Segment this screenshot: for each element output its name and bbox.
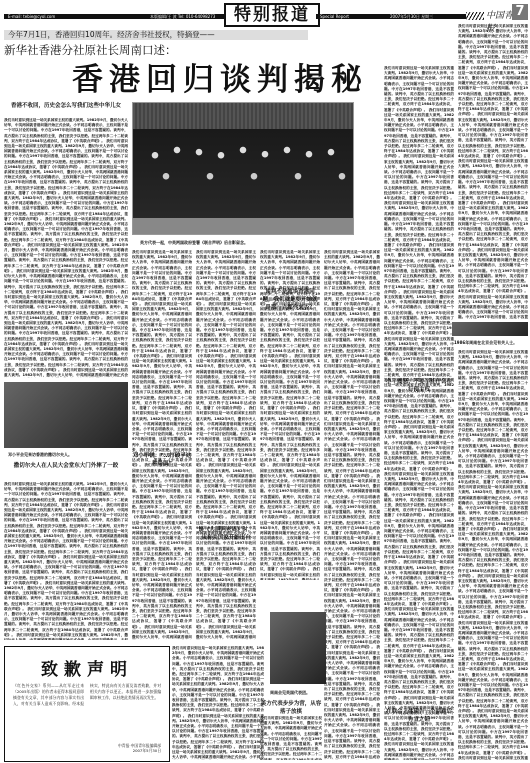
notice-body: 《红色外交家》系列——从红军走过来（2005年出版）的作者未征得本报同意即摘登有… (13, 683, 161, 707)
issue-date: 2007年5月30日 星期三 (390, 14, 433, 19)
notice-date: 2007年5月30日 (118, 748, 161, 753)
body-column: 我们当时意识到这是一场关系国家主权的重大谈判。1982年9月，撒切尔夫人访华，中… (458, 350, 528, 760)
photo-desk (133, 218, 353, 234)
masthead-email: E-mail: tebie@cyol.com (8, 14, 55, 19)
photo-deng-thatcher (4, 382, 128, 448)
body-column: 我们当时意识到这是一场关系国家主权的重大谈判。1982年9月，撒切尔夫人访华，中… (324, 250, 380, 760)
notice-title: 致歉声明 (5, 655, 169, 680)
body-column: 我们当时意识到这是一场关系国家主权的重大谈判。1982年9月，撒切尔夫人访华，中… (132, 250, 192, 640)
section-head: 香港不收回，历史会怎么写我们这些中华儿女 (4, 102, 128, 110)
body-column: 我们当时意识到这是一场关系国家主权的重大谈判。1982年9月，撒切尔夫人访华，中… (260, 250, 320, 580)
photo-joint-declaration-signing (132, 102, 354, 235)
body-column: 我们当时意识到这是一场关系国家主权的重大谈判。1982年9月，撒切尔夫人访华，中… (260, 716, 322, 760)
article-headline: 香港回归谈判揭秘 (60, 62, 380, 98)
hatch-decoration-icon (466, 12, 484, 20)
photo-caption: 英方代表一起，中英两国政府签署《联合声明》后合影留念。 (140, 240, 248, 246)
article-subhead: 新华社香港分社原社长周南口述： (4, 42, 177, 58)
page-number: 7 (512, 4, 528, 20)
photo-right (452, 322, 528, 336)
section-head: 小平震怒：不要军驻什么在行使主权 (384, 378, 454, 394)
section-head: 英方代表步步为营，从容落子放棋 (260, 700, 322, 716)
section-head: 撒切尔夫人在人民大会堂东大门外摔了一跤 (4, 462, 128, 470)
article-kicker: 今年7月1日，香港回归10周年。经济舍书社授权，特摘登—— (4, 30, 308, 40)
photo-caption: 1986年周南在北京会见有关人士。 (454, 340, 517, 346)
section-head: 邓小平说：“…打破了这种局面” (132, 452, 192, 468)
apology-notice: 致歉声明 《红色外交家》系列——从红军走过来（2005年出版）的作者未征得本报同… (4, 646, 170, 762)
section-head: 在联合上体现告一个回到后方宣之话 (384, 708, 454, 724)
body-column: 我们当时意识到这是一场关系国家主权的重大谈判。1982年9月，撒切尔夫人访华，中… (458, 24, 528, 320)
body-column: 我们当时意识到这是一场关系国家主权的重大谈判。1982年9月，撒切尔夫人访华，中… (196, 250, 256, 640)
body-column: 我们当时意识到这是一场关系国家主权的重大谈判。1982年9月，撒切尔夫人访华，中… (384, 66, 454, 760)
photo-caption: 周南会见英国代表团。 (270, 690, 310, 696)
section-en: Special Report (320, 14, 349, 19)
photo-caption: 邓小平会见来访香港的撒切尔夫人。 (8, 452, 72, 458)
body-column: 我们当时意识到这是一场关系国家主权的重大谈判。1982年9月，撒切尔夫人访华，中… (4, 118, 128, 378)
section-head: 谈《大胆问老周》时，从有关国家开始出台 (196, 526, 256, 542)
masthead: E-mail: tebie@cyol.com 本版编辑/王 波 Tel: 010… (0, 0, 530, 22)
body-column: 我们当时意识到这是一场关系国家主权的重大谈判。1982年9月，撒切尔夫人访华，中… (4, 482, 128, 640)
photo-zhou-nan-meeting (270, 612, 326, 684)
section-title: 特别报道 (224, 3, 320, 27)
notice-signature: 中青报·中国青年报编辑部 2007年5月30日 (118, 743, 161, 753)
body-column: 我们当时意识到这是一场关系国家主权的重大谈判。1982年9月，撒切尔夫人访华，中… (172, 646, 264, 760)
masthead-editor-info: 本版编辑/王 波 Tel: 010-64098273 (150, 14, 215, 19)
